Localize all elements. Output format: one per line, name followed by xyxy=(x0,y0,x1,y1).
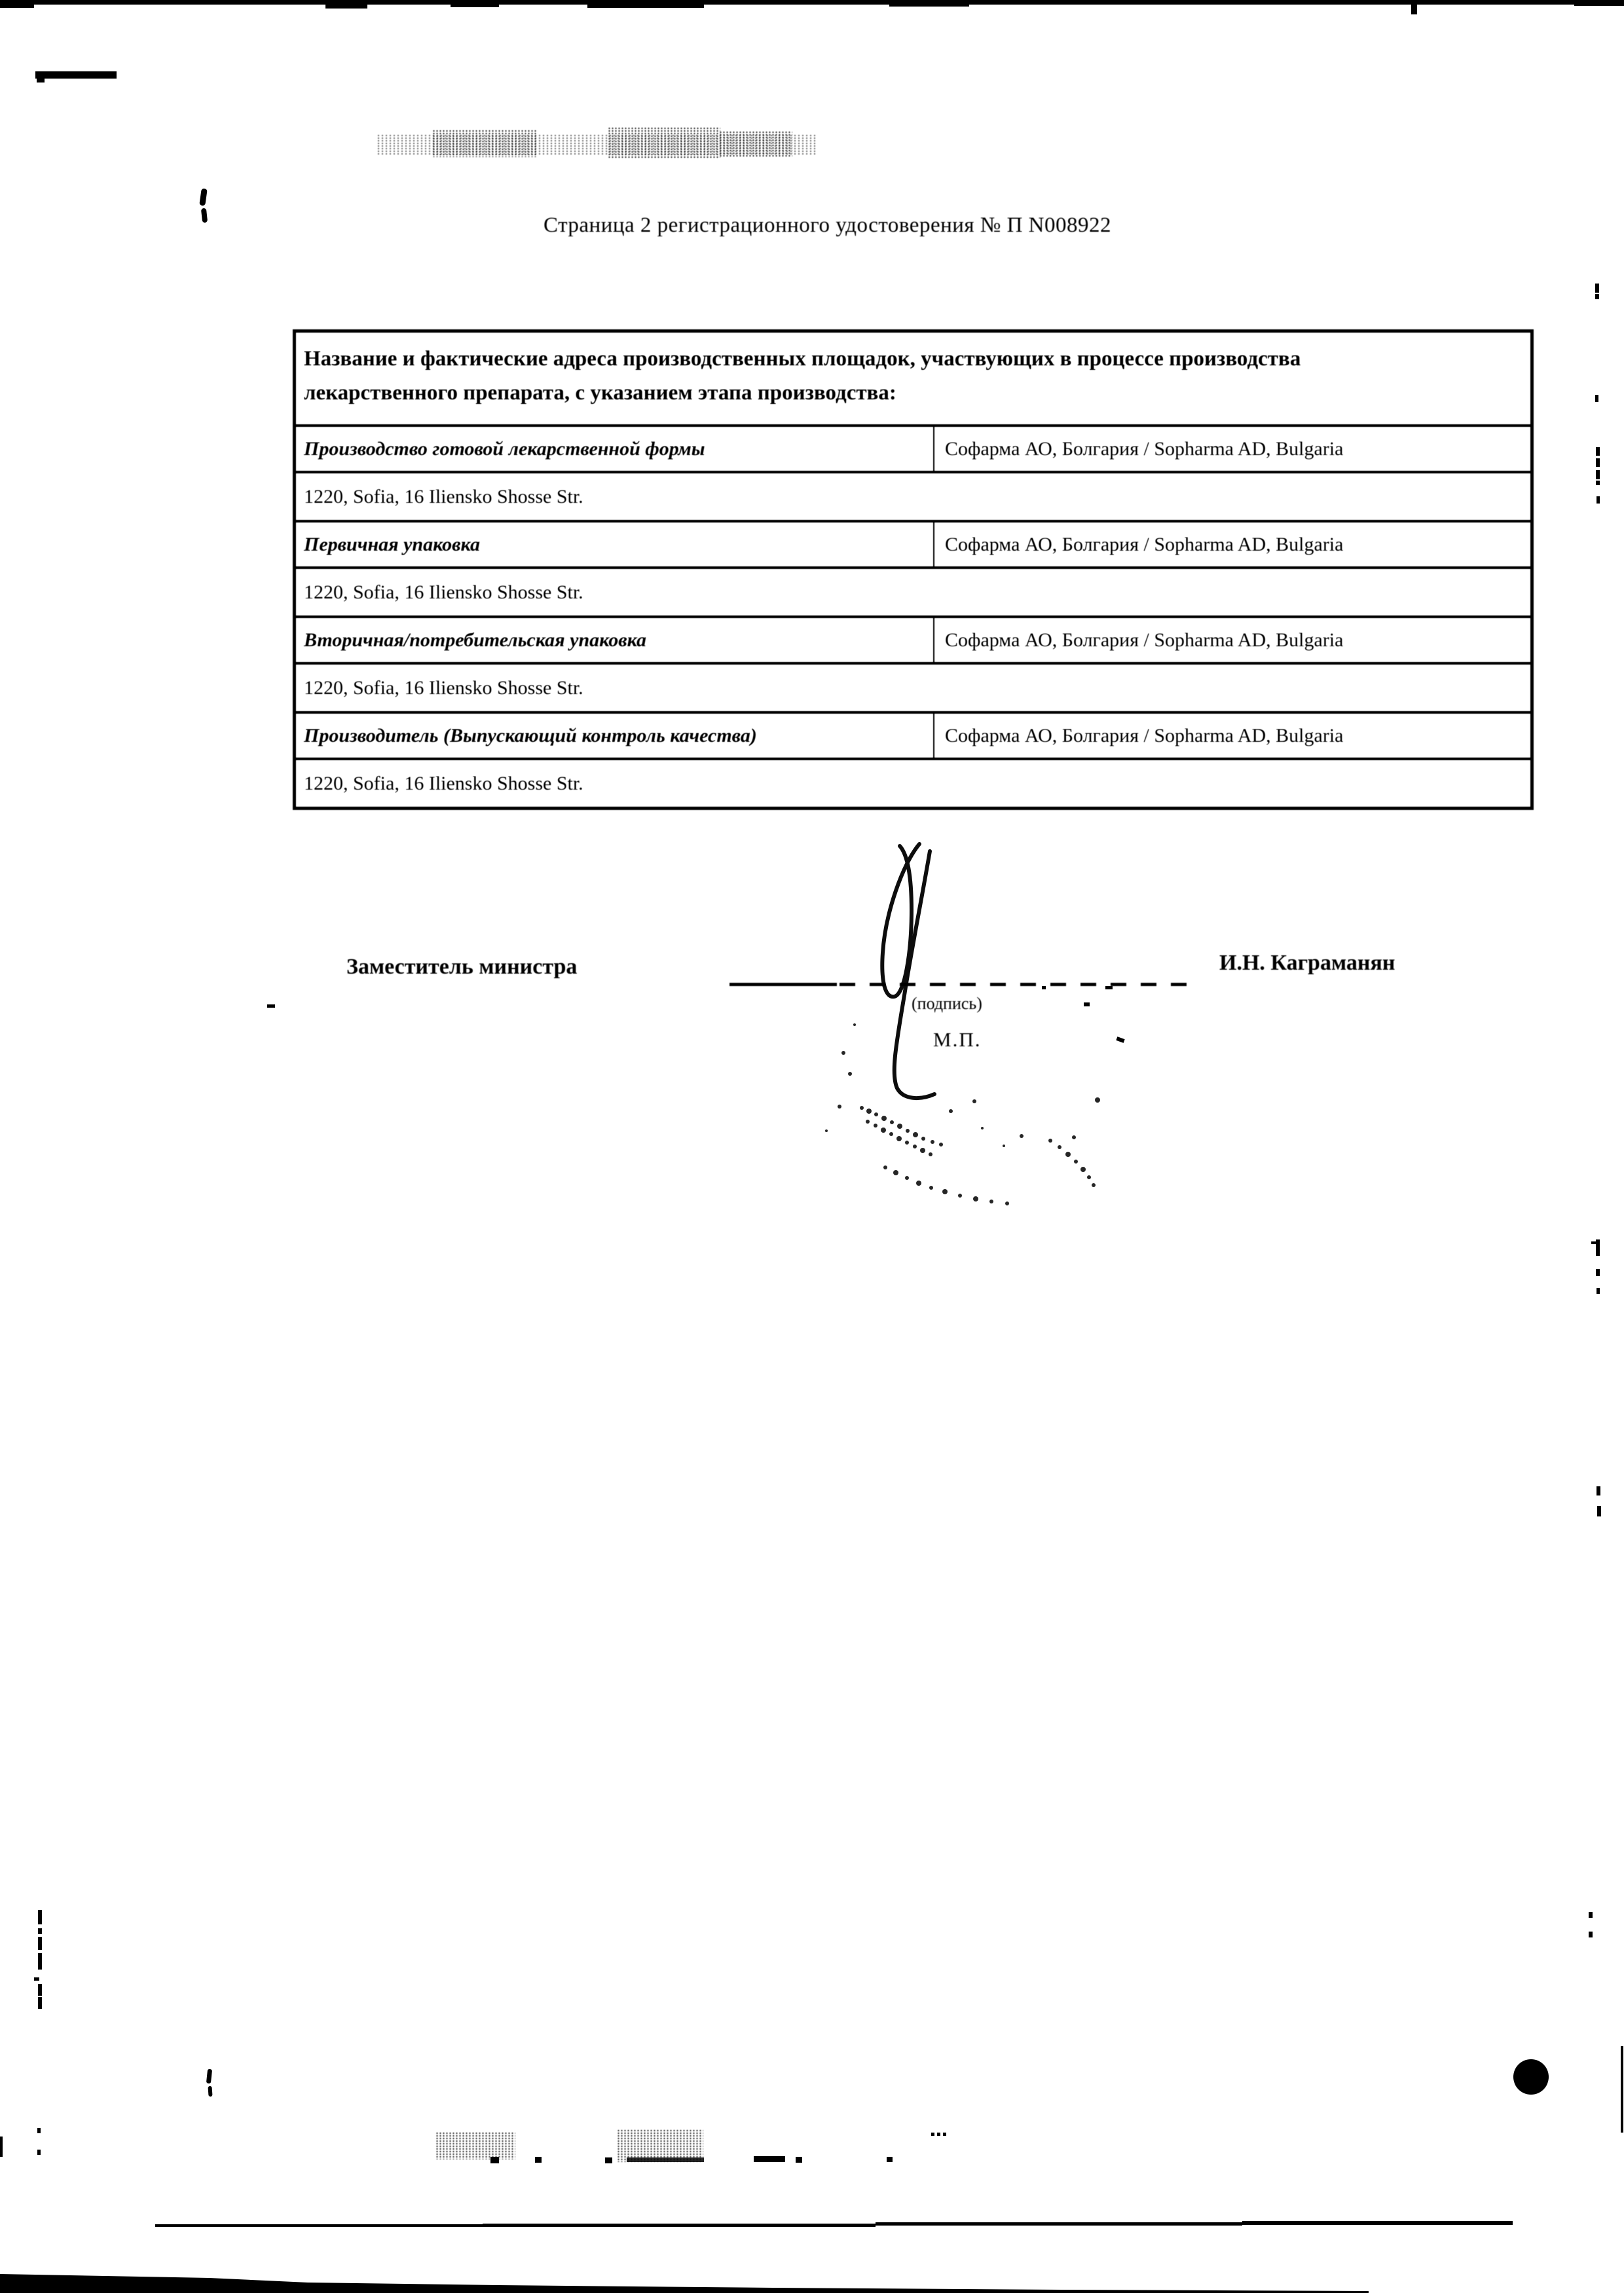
signature-line-dashed xyxy=(840,983,1201,986)
punch-hole-mark xyxy=(1513,2059,1549,2095)
signer-name: И.Н. Каграманян xyxy=(1219,951,1395,976)
scan-artifact xyxy=(943,2133,946,2136)
scan-artifact xyxy=(490,2157,499,2163)
scan-artifact xyxy=(1596,481,1600,485)
stage-cell: Производство готовой лекарственной формы xyxy=(296,427,934,471)
scan-artifact xyxy=(1595,395,1598,402)
table-row-address: 1220, Sofia, 16 Iliensko Shosse Str. xyxy=(296,665,1530,714)
scan-artifact xyxy=(37,79,45,83)
stage-cell: Производитель (Выпускающий контроль каче… xyxy=(296,714,934,758)
scan-artifact xyxy=(1589,1932,1593,1937)
scan-artifact xyxy=(37,2150,41,2155)
scan-artifact xyxy=(1596,470,1600,479)
scan-artifact-left-edge-line xyxy=(0,2137,3,2157)
scan-artifact xyxy=(1042,986,1046,989)
scan-artifact xyxy=(1084,1002,1090,1006)
manufacturer-cell: Софарма АО, Болгария / Sopharma AD, Bulg… xyxy=(934,714,1530,758)
scan-artifact-fax-smudge xyxy=(719,131,792,157)
scan-artifact xyxy=(0,0,34,8)
signature-line xyxy=(729,983,837,986)
manufacturer-cell: Софарма АО, Болгария / Sopharma AD, Bulg… xyxy=(934,523,1530,566)
table-title-text: Название и фактические адреса производст… xyxy=(304,342,1332,410)
scan-artifact xyxy=(1116,1036,1124,1043)
scan-artifact xyxy=(1596,496,1600,504)
scan-artifact-fax-smudge xyxy=(608,127,720,158)
scan-artifact-top-strip xyxy=(0,0,1624,5)
stage-cell: Вторичная/потребительская упаковка xyxy=(296,618,934,662)
scan-artifact xyxy=(754,2156,785,2162)
manufacturing-sites-table: Название и фактические адреса производст… xyxy=(293,329,1534,810)
scan-artifact xyxy=(605,2157,612,2163)
scan-artifact xyxy=(1595,294,1599,299)
scan-artifact-bottom-wedge xyxy=(0,2274,1369,2293)
scan-artifact-topleft-line xyxy=(35,71,117,79)
table-row-stage: Производство готовой лекарственной формы… xyxy=(296,427,1530,473)
scan-artifact-bottom-line xyxy=(876,2222,1242,2226)
table-row-stage: Первичная упаковка Софарма АО, Болгария … xyxy=(296,523,1530,569)
scan-artifact xyxy=(627,2157,704,2162)
page-header: Страница 2 регистрационного удостоверени… xyxy=(544,213,1111,238)
scan-artifact xyxy=(937,2133,940,2136)
scan-artifact xyxy=(796,2157,802,2163)
table-row-address: 1220, Sofia, 16 Iliensko Shosse Str. xyxy=(296,569,1530,618)
scan-artifact xyxy=(1596,1288,1600,1294)
table-title-cell: Название и фактические адреса производст… xyxy=(296,333,1530,427)
manufacturer-cell: Софарма АО, Болгария / Sopharma AD, Bulg… xyxy=(934,618,1530,662)
manufacturer-cell: Софарма АО, Болгария / Sopharma AD, Bulg… xyxy=(934,427,1530,471)
scan-artifact xyxy=(889,0,969,7)
scanned-certificate-page: Страница 2 регистрационного удостоверени… xyxy=(0,0,1624,2293)
scan-artifact xyxy=(1595,284,1599,293)
scan-artifact xyxy=(1596,1486,1600,1495)
scan-artifact xyxy=(34,1977,39,1981)
scan-artifact xyxy=(1596,1269,1600,1276)
signer-position-label: Заместитель министра xyxy=(346,955,577,980)
scan-artifact xyxy=(38,1984,42,1996)
scan-artifact xyxy=(1596,458,1600,467)
scan-artifact xyxy=(587,0,704,8)
scan-artifact xyxy=(1591,1241,1596,1244)
table-row-stage: Производитель (Выпускающий контроль каче… xyxy=(296,714,1530,760)
scan-artifact-fax-smudge xyxy=(432,130,537,157)
scan-artifact xyxy=(37,2128,41,2133)
scan-artifact xyxy=(931,2133,934,2136)
scan-artifact xyxy=(887,2157,893,2162)
scan-artifact xyxy=(325,0,367,9)
scan-artifact xyxy=(1589,1912,1593,1918)
scan-artifact-bottom-line xyxy=(155,2224,483,2227)
scan-artifact-bottom-line xyxy=(483,2224,876,2227)
scan-artifact xyxy=(38,1953,42,1970)
table-row-address: 1220, Sofia, 16 Iliensko Shosse Str. xyxy=(296,760,1530,807)
scan-artifact-smudge xyxy=(435,2132,515,2159)
scan-artifact-bottom-line xyxy=(1242,2221,1513,2225)
scan-artifact xyxy=(199,189,208,206)
signature-caption: (подпись) xyxy=(912,994,982,1014)
scan-artifact xyxy=(38,1997,42,2009)
scan-artifact xyxy=(1411,0,1417,14)
handwritten-signature-stroke xyxy=(882,844,934,1098)
scan-artifact xyxy=(1597,1506,1601,1516)
scan-artifact xyxy=(38,1928,42,1934)
scan-artifact xyxy=(451,0,499,7)
table-row-stage: Вторичная/потребительская упаковка Софар… xyxy=(296,618,1530,665)
scan-artifact xyxy=(1105,986,1113,989)
scan-artifact xyxy=(38,1937,42,1950)
stamp-place-caption: М.П. xyxy=(933,1028,981,1052)
scan-artifact xyxy=(1574,0,1624,6)
scan-artifact xyxy=(38,1910,42,1924)
scan-artifact xyxy=(535,2157,542,2163)
scan-artifact xyxy=(208,2086,212,2097)
scan-artifact xyxy=(206,2069,212,2084)
scan-artifact xyxy=(267,1004,275,1008)
scan-artifact xyxy=(1596,447,1600,456)
scan-artifact-right-edge-line xyxy=(1621,2046,1623,2133)
table-row-address: 1220, Sofia, 16 Iliensko Shosse Str. xyxy=(296,473,1530,523)
stage-cell: Первичная упаковка xyxy=(296,523,934,566)
scan-artifact xyxy=(201,208,208,223)
